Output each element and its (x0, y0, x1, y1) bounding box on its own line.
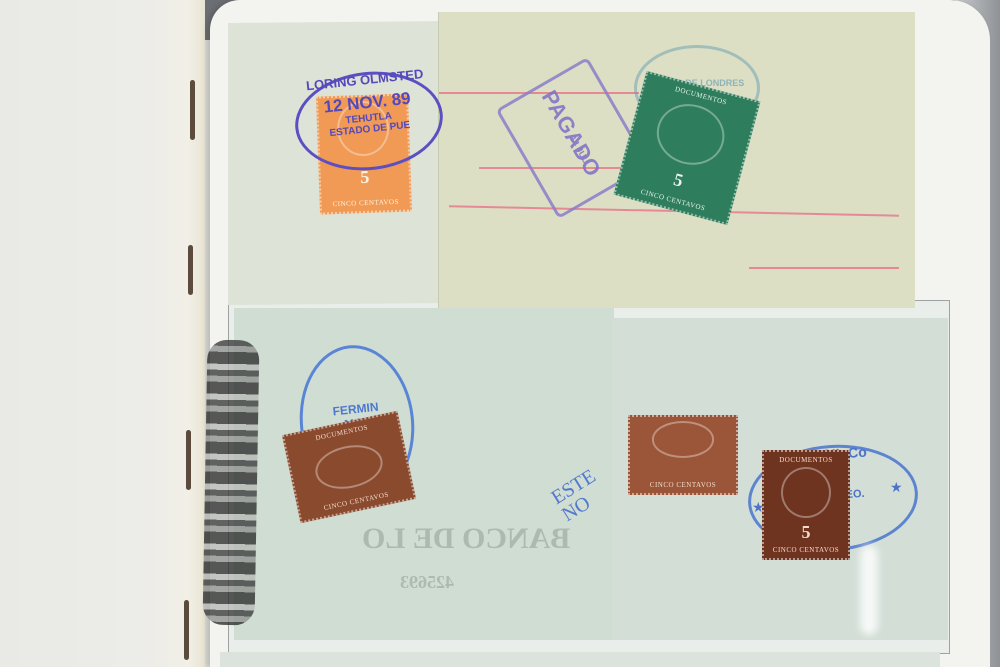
binding-ring (188, 245, 193, 295)
binding-ring (184, 600, 189, 660)
stamp-top-text: DOCUMENTOS (315, 423, 369, 442)
binding-ring (186, 430, 191, 490)
mirrored-print-text: BANCO DE LO (362, 522, 570, 556)
stamp-value: 5 (802, 522, 811, 543)
stamp-caption: CINCO CENTAVOS (773, 546, 839, 554)
album-left-page (0, 0, 205, 667)
stamp-top-text: DOCUMENTOS (779, 456, 833, 464)
stamp-brown-5-centavos: CINCO CENTAVOS (628, 415, 738, 495)
cancel-text: PAGADO (536, 86, 606, 181)
stamp-dark-brown-5-centavos: DOCUMENTOS 5 CINCO CENTAVOS (762, 450, 850, 560)
sleeve-glare (860, 545, 878, 635)
document-next-row (220, 652, 940, 667)
ornamental-border (203, 340, 260, 626)
star-icon: ★ (890, 480, 903, 497)
stamp-value: 5 (671, 169, 685, 192)
stamp-portrait (650, 97, 731, 172)
stamp-portrait (781, 467, 831, 518)
stamp-caption: CINCO CENTAVOS (650, 481, 716, 489)
stamp-caption: CINCO CENTAVOS (332, 198, 399, 208)
ledger-line (749, 267, 899, 269)
stamp-portrait (652, 421, 715, 458)
binding-ring (190, 80, 195, 140)
stamp-portrait (312, 440, 387, 495)
mirrored-print-number: 425693 (400, 572, 454, 593)
